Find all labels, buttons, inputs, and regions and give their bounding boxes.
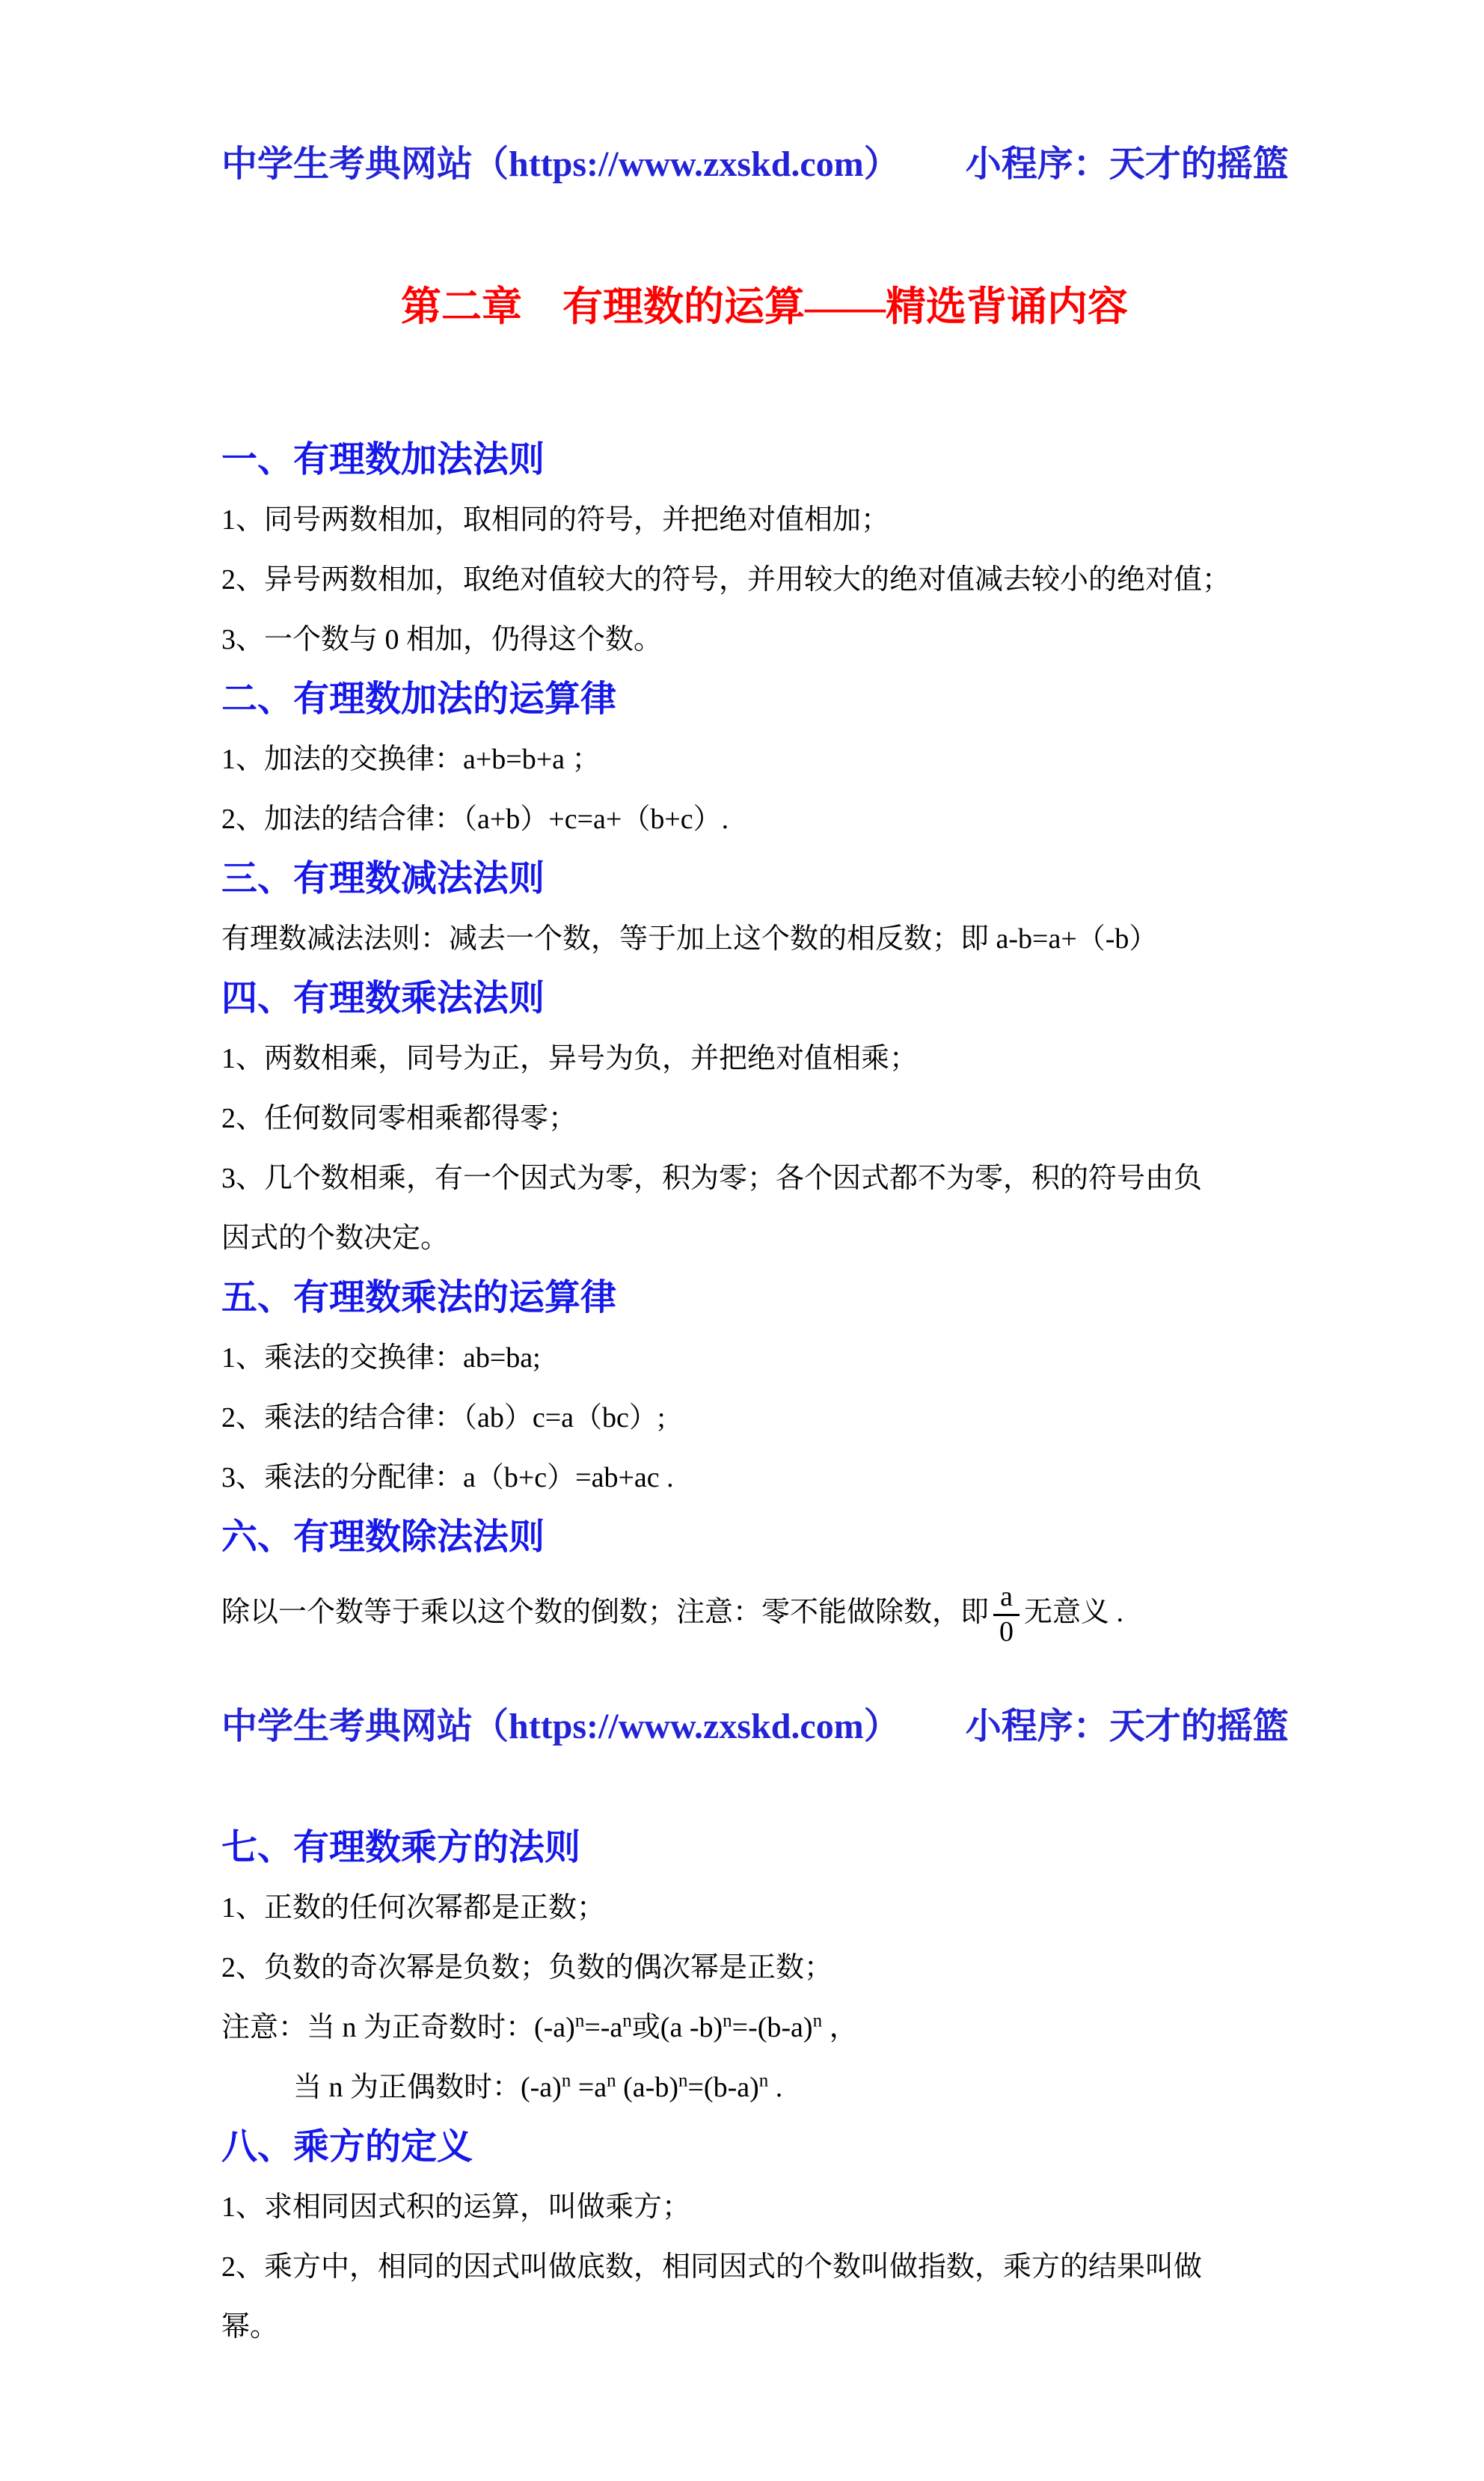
doc-line: 因式的个数决定。: [221, 1208, 1307, 1268]
division-rule-text-before: 除以一个数等于乘以这个数的倒数；注意：零不能做除数，即: [221, 1597, 989, 1628]
section-power-rules: 七、有理数乘方的法则 1、正数的任何次幂都是正数； 2、负数的奇次幂是负数；负数…: [221, 1818, 1307, 2117]
section-heading: 八、乘方的定义: [221, 2117, 1307, 2177]
doc-line: 1、正数的任何次幂都是正数；: [221, 1878, 1307, 1938]
division-rule-text-after: 无意义 .: [1024, 1597, 1123, 1628]
doc-line: 有理数减法法则：减去一个数，等于加上这个数的相反数；即 a-b=a+（-b）: [221, 909, 1307, 969]
section-addition-laws: 二、有理数加法的运算律 1、加法的交换律：a+b=b+a ； 2、加法的结合律：…: [221, 670, 1307, 849]
doc-line: 3、一个数与 0 相加，仍得这个数。: [221, 610, 1307, 670]
section-heading: 五、有理数乘法的运算律: [221, 1268, 1307, 1328]
site-url-label: 中学生考典网站（https://www.zxskd.com）: [221, 138, 900, 191]
document-page: 中学生考典网站（https://www.zxskd.com） 小程序：天才的摇篮…: [0, 0, 1484, 2481]
site-header-top: 中学生考典网站（https://www.zxskd.com） 小程序：天才的摇篮: [221, 138, 1307, 191]
doc-line: 2、乘方中，相同的因式叫做底数，相同因式的个数叫做指数，乘方的结果叫做: [221, 2237, 1307, 2297]
doc-line: 幂。: [221, 2297, 1307, 2357]
doc-line: 2、乘法的结合律：（ab）c=a（bc）;: [221, 1388, 1307, 1448]
section-heading: 一、有理数加法法则: [221, 430, 1307, 490]
doc-line: 3、乘法的分配律：a（b+c）=ab+ac .: [221, 1448, 1307, 1508]
section-heading: 三、有理数减法法则: [221, 849, 1307, 909]
miniprogram-label: 小程序：天才的摇篮: [966, 138, 1289, 191]
doc-line: 1、加法的交换律：a+b=b+a ；: [221, 729, 1307, 789]
doc-line: 2、加法的结合律：（a+b）+c=a+（b+c）.: [221, 789, 1307, 849]
section-power-definition: 八、乘方的定义 1、求相同因式积的运算，叫做乘方； 2、乘方中，相同的因式叫做底…: [221, 2117, 1307, 2357]
section-subtraction-rule: 三、有理数减法法则 有理数减法法则：减去一个数，等于加上这个数的相反数；即 a-…: [221, 849, 1307, 969]
doc-line: 3、几个数相乘，有一个因式为零，积为零；各个因式都不为零，积的符号由负: [221, 1148, 1307, 1208]
section-heading: 七、有理数乘方的法则: [221, 1818, 1307, 1878]
fraction-a-over-0: a0: [993, 1582, 1020, 1648]
doc-line-note-odd: 注意：当 n 为正奇数时：(-a)n=-an或(a -b)n=-(b-a)n ，: [221, 1998, 1307, 2058]
section-heading: 二、有理数加法的运算律: [221, 670, 1307, 729]
section-multiplication-laws: 五、有理数乘法的运算律 1、乘法的交换律：ab=ba; 2、乘法的结合律：（ab…: [221, 1268, 1307, 1508]
doc-line: 2、负数的奇次幂是负数；负数的偶次幂是正数；: [221, 1938, 1307, 1998]
doc-line: 1、同号两数相加，取相同的符号，并把绝对值相加；: [221, 490, 1307, 550]
section-addition-rules: 一、有理数加法法则 1、同号两数相加，取相同的符号，并把绝对值相加； 2、异号两…: [221, 430, 1307, 670]
section-heading: 六、有理数除法法则: [221, 1508, 1307, 1567]
site-header-middle: 中学生考典网站（https://www.zxskd.com） 小程序：天才的摇篮: [221, 1701, 1307, 1753]
fraction-numerator: a: [993, 1582, 1020, 1614]
site-url-label: 中学生考典网站（https://www.zxskd.com）: [221, 1701, 900, 1753]
miniprogram-label: 小程序：天才的摇篮: [966, 1701, 1289, 1753]
fraction-denominator: 0: [993, 1614, 1020, 1648]
section-heading: 四、有理数乘法法则: [221, 969, 1307, 1029]
doc-line: 1、求相同因式积的运算，叫做乘方；: [221, 2177, 1307, 2237]
doc-line-note-even: 当 n 为正偶数时：(-a)n =an (a-b)n=(b-a)n .: [221, 2058, 1307, 2117]
doc-line: 2、异号两数相加，取绝对值较大的符号，并用较大的绝对值减去较小的绝对值；: [221, 550, 1307, 610]
doc-line-division-rule: 除以一个数等于乘以这个数的倒数；注意：零不能做除数，即a0无意义 .: [221, 1567, 1307, 1657]
section-division-rule: 六、有理数除法法则 除以一个数等于乘以这个数的倒数；注意：零不能做除数，即a0无…: [221, 1508, 1307, 1657]
chapter-title: 第二章 有理数的运算——精选背诵内容: [221, 277, 1307, 337]
doc-line: 1、两数相乘，同号为正，异号为负，并把绝对值相乘；: [221, 1029, 1307, 1089]
doc-line: 1、乘法的交换律：ab=ba;: [221, 1328, 1307, 1388]
doc-line: 2、任何数同零相乘都得零；: [221, 1089, 1307, 1148]
section-multiplication-rules: 四、有理数乘法法则 1、两数相乘，同号为正，异号为负，并把绝对值相乘； 2、任何…: [221, 969, 1307, 1268]
